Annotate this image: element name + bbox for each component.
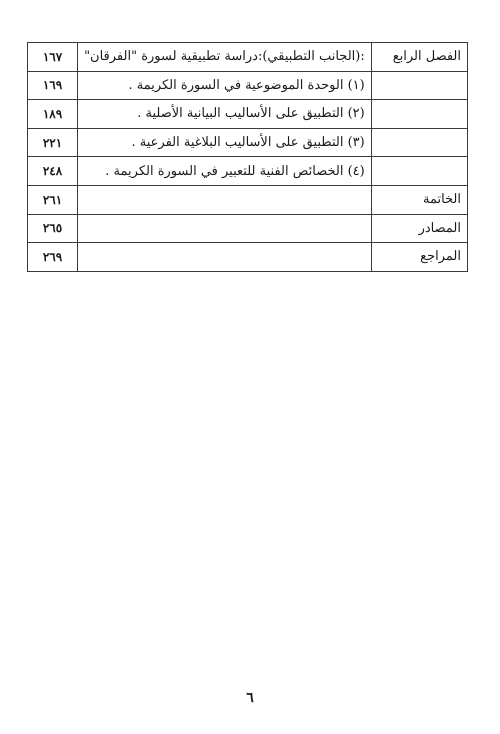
toc-row-title: (٣) التطبيق على الأساليب البلاغية الفرعي… — [78, 128, 372, 157]
toc-row-page: ١٨٩ — [28, 100, 78, 129]
toc-row-label — [371, 128, 467, 157]
toc-row-page: ٢٦٥ — [28, 214, 78, 243]
toc-row-title: (١) الوحدة الموضوعية في السورة الكريمة . — [78, 71, 372, 100]
toc-row-section-1: (١) الوحدة الموضوعية في السورة الكريمة .… — [28, 71, 468, 100]
toc-row-title — [78, 185, 372, 214]
toc-row-section-3: (٣) التطبيق على الأساليب البلاغية الفرعي… — [28, 128, 468, 157]
toc-row-title — [78, 214, 372, 243]
toc-row-label: المراجع — [371, 243, 467, 272]
toc-row-title: (٤) الخصائص الفنية للتعبير في السورة الك… — [78, 157, 372, 186]
toc-row-references: المراجع ٢٦٩ — [28, 243, 468, 272]
toc-row-title: :(الجانب التطبيقي):دراسة تطبيقية لسورة "… — [78, 43, 372, 72]
toc-row-label — [371, 157, 467, 186]
toc-row-label: المصادر — [371, 214, 467, 243]
toc-row-page: ١٦٧ — [28, 43, 78, 72]
toc-row-conclusion: الخاتمة ٢٦١ — [28, 185, 468, 214]
toc-row-section-2: (٢) التطبيق على الأساليب البيانية الأصلي… — [28, 100, 468, 129]
table-of-contents: الفصل الرابع :(الجانب التطبيقي):دراسة تط… — [27, 42, 468, 272]
toc-row-chapter-four: الفصل الرابع :(الجانب التطبيقي):دراسة تط… — [28, 43, 468, 72]
toc-row-label — [371, 71, 467, 100]
toc-row-page: ٢٦١ — [28, 185, 78, 214]
toc-row-label: الخاتمة — [371, 185, 467, 214]
toc-row-label: الفصل الرابع — [371, 43, 467, 72]
toc-row-sources: المصادر ٢٦٥ — [28, 214, 468, 243]
toc-row-title: (٢) التطبيق على الأساليب البيانية الأصلي… — [78, 100, 372, 129]
toc-row-page: ٢٦٩ — [28, 243, 78, 272]
toc-row-page: ٢٤٨ — [28, 157, 78, 186]
page-number: ٦ — [0, 690, 500, 706]
toc-row-section-4: (٤) الخصائص الفنية للتعبير في السورة الك… — [28, 157, 468, 186]
toc-row-page: ٢٢١ — [28, 128, 78, 157]
toc-row-title — [78, 243, 372, 272]
toc-row-page: ١٦٩ — [28, 71, 78, 100]
toc-row-label — [371, 100, 467, 129]
